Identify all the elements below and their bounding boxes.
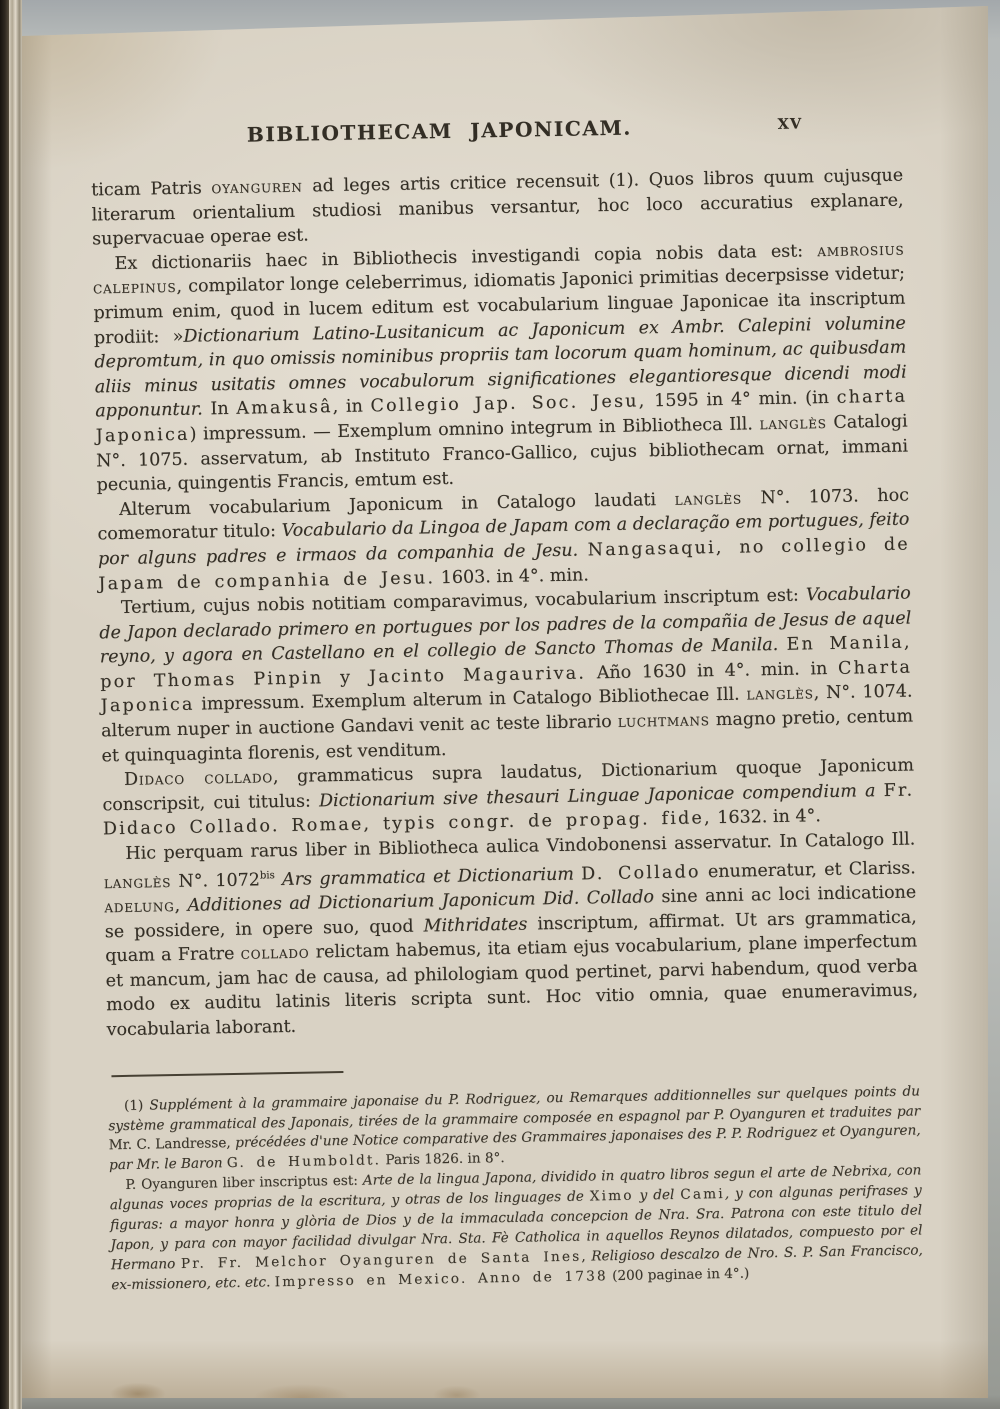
text-segment: ,: [581, 1248, 591, 1264]
text-segment: langlès: [104, 872, 172, 893]
text-segment: Ars grammatica et Dictionarium: [282, 864, 574, 889]
text-segment: Didaco collado: [124, 767, 273, 790]
text-segment: adelung: [104, 896, 175, 917]
text-segment: In: [203, 399, 237, 420]
text-segment: langlès: [674, 488, 742, 509]
paragraph: (1) Supplément à la grammaire japonaise …: [108, 1082, 921, 1176]
text-segment: Año 1630 in 4°. min. in: [586, 659, 838, 684]
text-segment: Mithridates: [423, 914, 527, 936]
text-segment: Additiones ad Dictionarium Japonicum Did…: [187, 887, 654, 916]
text-segment: y del: [639, 1187, 674, 1204]
text-segment: (1): [124, 1097, 150, 1113]
text-segment: enumeratur, et Clariss.: [700, 858, 915, 882]
text-segment: Amakusâ: [236, 397, 333, 419]
text-segment: luchtmans: [618, 710, 710, 732]
text-segment: P. Oyanguren liber inscriptus est:: [125, 1173, 363, 1193]
page-number: XV: [777, 115, 802, 132]
text-segment: Ximo: [590, 1188, 634, 1205]
text-segment: D. Collado: [581, 862, 701, 884]
page-stack-edge: [9, 0, 22, 1409]
text-segment: ,: [174, 896, 187, 916]
text-segment: ticam Patris: [91, 178, 212, 200]
page-content: BIBLIOTHECAM JAPONICAM. XV ticam Patris …: [88, 0, 923, 1296]
text-segment: (200 paginae in 4°.): [608, 1265, 750, 1284]
text-segment: Paris 1826. in 8°.: [381, 1150, 505, 1168]
text-segment: langlès: [746, 684, 814, 705]
text-segment: Mr. C. Landresse,: [109, 1135, 236, 1153]
text-segment: [578, 540, 588, 560]
text-segment: oyanguren: [211, 177, 303, 199]
paragraph: Tertium, cujus nobis notitiam comparavim…: [99, 582, 914, 769]
text-segment: collado: [241, 943, 310, 964]
page-title: BIBLIOTHECAM JAPONICAM.: [247, 116, 632, 147]
book-page: BIBLIOTHECAM JAPONICAM. XV ticam Patris …: [22, 0, 988, 1398]
text-segment: Collegio Jap. Soc. Jesu,: [370, 392, 646, 417]
text-segment: 1595 in 4° min. (in: [646, 388, 837, 411]
footnotes: (1) Supplément à la grammaire japonaise …: [108, 1082, 924, 1296]
text-segment: G. de Humboldt.: [227, 1153, 382, 1172]
paragraph: Hic perquam rarus liber in Bibliotheca a…: [103, 827, 919, 1042]
paragraph: P. Oyanguren liber inscriptus est: Arte …: [109, 1162, 923, 1296]
text-segment: N°. 1072: [171, 870, 260, 892]
text-segment: 1603. in 4°. min.: [435, 565, 589, 588]
photo-background: BIBLIOTHECAM JAPONICAM. XV ticam Patris …: [0, 0, 1000, 1409]
text-segment: Impresso en Mexico. Anno de 1738: [275, 1268, 608, 1290]
text-segment: Pr. Fr. Melchor Oyanguren de Santa Ines: [181, 1248, 582, 1271]
text-segment: Cami: [680, 1186, 725, 1203]
text-segment: bis: [260, 870, 275, 881]
paragraph: Alterum vocabularium Japonicum in Catalo…: [97, 483, 911, 596]
body-text: ticam Patris oyanguren ad leges artis cr…: [91, 164, 919, 1043]
text-segment: langlès: [759, 413, 827, 434]
running-head: BIBLIOTHECAM JAPONICAM. XV: [90, 111, 902, 152]
text-segment: 1632. in 4°.: [712, 807, 821, 829]
text-segment: , in: [332, 397, 370, 418]
book-spine-edge: [0, 0, 9, 1409]
footnote-separator: [111, 1071, 343, 1077]
paragraph: Ex dictionariis haec in Bibliothecis inv…: [92, 237, 908, 498]
